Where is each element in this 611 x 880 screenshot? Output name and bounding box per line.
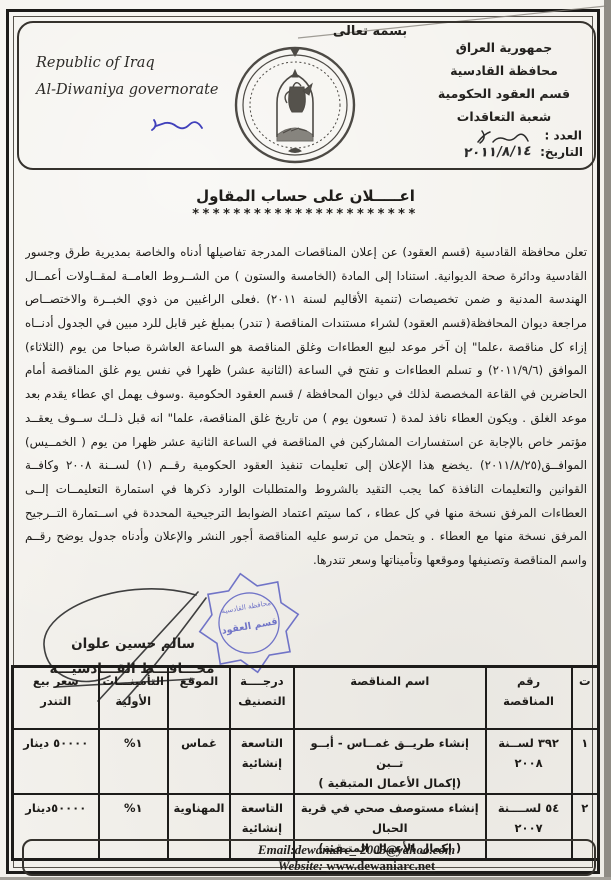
announcement-body: تعلن محافظة القادسية (قسم العقود) عن إعل… [25, 241, 587, 573]
body-line: الحاضرين في القاعة المخصصة لذلك في ديوان… [25, 383, 587, 407]
cell-classification-l2: إنشائية [234, 753, 290, 773]
document-number-row: العدد : [400, 126, 582, 146]
cell-classification: التاسعة إنشائية [230, 729, 294, 794]
scan-edge-shadow [604, 0, 611, 880]
handwritten-note-blue [140, 114, 210, 140]
arabic-letterhead: جمهورية العراق محافظة القادسية قسم العقو… [420, 36, 588, 128]
title-divider-stars: ********************** [0, 207, 611, 222]
cell-price: ٥٠٠٠٠ دينار [13, 729, 99, 794]
english-letterhead-line2: Al-Diwaniya governorate [36, 77, 219, 104]
number-label: العدد : [545, 129, 582, 143]
cell-location: غماس [168, 729, 230, 794]
english-letterhead: Republic of Iraq Al-Diwaniya governorate [36, 50, 219, 104]
english-letterhead-line1: Republic of Iraq [36, 50, 219, 77]
col-header-tender-no: رقم المناقصة [486, 667, 572, 729]
arabic-letterhead-line1: جمهورية العراق [420, 36, 588, 59]
signatory-name: سالم حسين علوان [58, 636, 208, 652]
arabic-letterhead-line3: قسم العقود الحكومية [420, 82, 588, 105]
document-date-row: التاريخ: ٢٠١١/٨/١٤ [398, 144, 583, 160]
stamp-center-text: قسم العقود [221, 616, 279, 637]
table-header-row: ت رقم المناقصة اسم المناقصة درجــــة الت… [13, 667, 599, 729]
footer-box: Email:dewaniarc_ 2005@yahoo.com Website:… [22, 839, 596, 876]
col-header-classification: درجــــة التصنيف [230, 667, 294, 729]
cell-no: ١ [572, 729, 599, 794]
website-value: www.dewaniarc.net [326, 858, 435, 873]
cell-tender-no-l1: ٣٩٢ لســنة [490, 733, 568, 753]
body-line: مؤتمر خاص بالإجابة عن استفسارات المشاركي… [25, 431, 587, 455]
body-line: موعد الغلق . ويكون العطاء نافذ لمدة ( تس… [25, 407, 587, 431]
footer-email-line: Email:dewaniarc_ 2005@yahoo.com [119, 842, 594, 858]
cell-tender-name-l1: إنشاء طريــق غمــاس - أبــو تــبن [298, 733, 482, 773]
cell-tender-no: ٣٩٢ لســنة ٢٠٠٨ [486, 729, 572, 794]
col-header-classification-l1: درجــــة [234, 671, 290, 691]
cell-classification-l1: التاسعة [234, 798, 290, 818]
cell-tender-name-l2: (إكمال الأعمال المتبقية ) [298, 773, 482, 793]
arabic-letterhead-line2: محافظة القادسية [420, 59, 588, 82]
body-line: المرفق نسخة منها مع العطاء . و يتحمل من … [25, 525, 587, 549]
date-value: ٢٠١١/٨/١٤ [463, 143, 533, 161]
cell-classification-l2: إنشائية [234, 818, 290, 838]
document-page: بسمه تعالى Republic of Iraq Al-Diwaniya … [0, 0, 611, 880]
col-header-insurance: التأمينـــات الأولية [99, 667, 168, 729]
cell-insurance: ١% [99, 729, 168, 794]
body-line: الموافق (٢٠١١/٩/٦) و تسلم العطاءات و تفت… [25, 359, 587, 383]
body-line: القادسية ودائرة صحة الديوانية. استنادا إ… [25, 265, 587, 289]
body-line: إزاء كل مناقصة ،علما" إن آخر موعد لبيع ا… [25, 336, 587, 360]
body-line: الموافــق(٢٠١١/٨/٢٥) .يخضع هذا الإعلان إ… [25, 454, 587, 478]
body-line: واسم المناقصة وتصنيفها وموقعها وتأميناته… [25, 549, 587, 573]
body-line: العطاءات المرفق نسخة منها في كل عطاء ، ك… [25, 502, 587, 526]
date-label: التاريخ: [540, 145, 583, 159]
cell-tender-no-l2: ٢٠٠٧ [490, 818, 568, 838]
col-header-classification-l2: التصنيف [234, 691, 290, 711]
tenders-table: ت رقم المناقصة اسم المناقصة درجــــة الت… [11, 665, 600, 861]
col-header-location: الموقع [168, 667, 230, 729]
governorate-seal [233, 43, 357, 165]
cell-classification-l1: التاسعة [234, 733, 290, 753]
cell-tender-no-l2: ٢٠٠٨ [490, 753, 568, 773]
col-header-price: سعر بيع التندر [13, 667, 99, 729]
cell-tender-no-l1: ٥٤ لســــنة [490, 798, 568, 818]
col-header-no: ت [572, 667, 599, 729]
body-line: مراجعة ديوان المحافظة(قسم العقود) لشراء … [25, 312, 587, 336]
body-line: تعلن محافظة القادسية (قسم العقود) عن إعل… [25, 241, 587, 265]
cell-tender-name-l1: إنشاء مستوصف صحي في قرية الحبال [298, 798, 482, 838]
page-title: اعـــــلان على حساب المقاول [0, 187, 611, 205]
body-line: القوانين والتعليمات النافذة كما يجب التق… [25, 478, 587, 502]
table-row: ١ ٣٩٢ لســنة ٢٠٠٨ إنشاء طريــق غمــاس - … [13, 729, 599, 794]
email-label: Email: [258, 842, 295, 857]
arabic-letterhead-line4: شعبة التعاقدات [420, 105, 588, 128]
email-value: dewaniarc_ 2005@yahoo.com [295, 842, 455, 857]
col-header-insurance-l2: الأولية [103, 691, 164, 711]
body-line: الهندسة المدنية و ضمن تخصيصات (تنمية الأ… [25, 288, 587, 312]
footer-contact: Email:dewaniarc_ 2005@yahoo.com Website:… [119, 841, 594, 873]
col-header-tender-name: اسم المناقصة [294, 667, 486, 729]
footer-website-line: Website: www.dewaniarc.net [119, 858, 594, 874]
website-label: Website: [278, 858, 323, 873]
official-star-stamp: محافظة القادسية قسم العقود [197, 571, 301, 675]
cell-tender-name: إنشاء طريــق غمــاس - أبــو تــبن (إكمال… [294, 729, 486, 794]
col-header-insurance-l1: التأمينـــات [103, 671, 164, 691]
